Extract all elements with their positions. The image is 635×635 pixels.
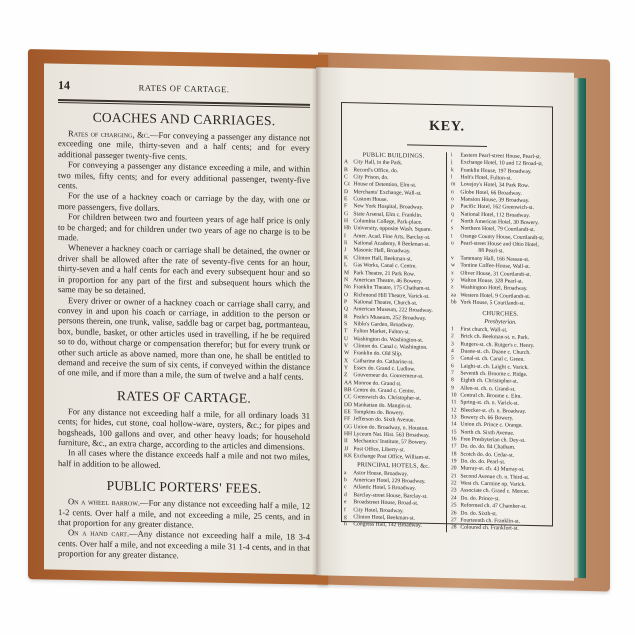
key-entry-text: Lovejoy's Hotel, 34 Park Row. bbox=[460, 182, 529, 189]
key-entry-text: Gas Works, Canal c. Centre. bbox=[353, 262, 416, 269]
key-entry-text: Free Presbyterian ch. Dey-st. bbox=[460, 437, 525, 444]
key-entry-text: Clinton Hotel, Beekman-st. bbox=[353, 514, 415, 521]
section-title: COACHES AND CARRIAGES. bbox=[58, 109, 310, 130]
key-entry-text: Amer. Acad. Fine Arts, Barclay-st. bbox=[353, 233, 430, 241]
book-gutter bbox=[312, 66, 322, 576]
key-entry-text: City Prison, do. bbox=[353, 174, 388, 181]
key-entry-text: House of Detention, Elm-st. bbox=[353, 182, 416, 189]
key-entry-text: 88 Pearl-st. bbox=[478, 248, 503, 255]
key-entry-text: State Arsenal, Elm c. Franklin. bbox=[353, 211, 422, 218]
paragraph-lead: On a hand cart. bbox=[68, 528, 129, 539]
key-entry-mark: bb bbox=[451, 299, 459, 307]
paragraph: Whenever a hackney coach or carriage sha… bbox=[58, 242, 310, 299]
public-buildings-list: A City Hall, in the Park.B Record's Offi… bbox=[344, 159, 443, 462]
key-entry-text: Fulton Market, Fulton-st. bbox=[353, 329, 410, 336]
key-entry-text: Essex do. Grand c. Ludlow. bbox=[353, 365, 415, 372]
key-entry-text: Congress Hall, 142 Broadway. bbox=[353, 521, 421, 528]
book-photo: 14 RATES OF CARTAGE. COACHES AND CARRIAG… bbox=[0, 0, 635, 635]
paragraph: Every driver or owner of a hackney coach… bbox=[58, 295, 310, 383]
key-entry-text: Richmond Hill Theatre, Varick-st. bbox=[353, 292, 429, 300]
key-rule bbox=[407, 144, 487, 147]
key-entry: h Congress Hall, 142 Broadway. bbox=[344, 521, 443, 530]
key-entry-text: Walton House, 328 Pearl-st. bbox=[460, 277, 523, 284]
paragraph: On a wheel barrow.—For any distance not … bbox=[58, 496, 310, 532]
key-entry-text: Atlantic Hotel, 5 Broadway. bbox=[353, 485, 416, 492]
key-entry-text: North American Hotel, 30 Bowery. bbox=[460, 219, 539, 227]
key-columns: PUBLIC BUILDINGS. A City Hall, in the Pa… bbox=[342, 150, 552, 534]
paragraph: For any distance not exceeding half a mi… bbox=[58, 406, 310, 452]
key-entry-text: National Theatre, Church-st. bbox=[353, 299, 417, 306]
churches-list: 1 First church, Wall-st.2 Brick ch. Beek… bbox=[451, 326, 550, 534]
key-entry-text: Peale's Museum, 252 Broadway. bbox=[353, 314, 426, 322]
key-entry-text: Canal-st. ch. Canal c. Green. bbox=[460, 356, 524, 363]
key-entry-text: Franklin Theatre, 175 Chatham-st. bbox=[353, 284, 430, 292]
key-entry-text: West ch. Carmine op. Varick. bbox=[460, 481, 525, 488]
key-entry-text: Clinton Hall, Beekman-st. bbox=[353, 255, 412, 262]
key-entry-text: Seventh ch. Broome c. Ridge. bbox=[460, 370, 527, 377]
key-entry-text: Masonic Hall, Broadway. bbox=[353, 248, 410, 255]
key-entry-text: New York Hospital, Broadway. bbox=[353, 204, 423, 211]
key-entry-text: Globe Hotel, 66 Broadway. bbox=[460, 189, 521, 196]
key-entry-text: Laight-st. ch. Laight c. Varick. bbox=[460, 363, 528, 370]
key-entry-text: City Hall, in the Park. bbox=[353, 160, 402, 167]
key-entry-text: Murray-st. ch. 43 Murray-st. bbox=[460, 466, 524, 473]
key-entry-text: University, opposite Wash. Square. bbox=[353, 226, 431, 234]
key-entry-text: Do. do. Sixth-st. bbox=[460, 510, 497, 517]
key-entry-text: Washington do. Washington-st. bbox=[353, 336, 423, 343]
key-entry-text: Orange County House, Courtlandt-st. bbox=[460, 233, 544, 241]
key-entry-text: Record's Office, do. bbox=[353, 167, 398, 174]
key-entry-text: Tammany Hall, 166 Nassau-st. bbox=[460, 255, 529, 262]
key-entry-text: Exchange Post Office, William-st. bbox=[354, 453, 430, 461]
key-entry-text: Franklin do. Old Slip. bbox=[353, 351, 402, 358]
key-entry-text: Brick ch. Beekman-st. n. Park. bbox=[460, 334, 529, 341]
key-entry-text: Lyceum Nat. Hist. 563 Broadway. bbox=[354, 431, 430, 439]
key-entry-text: Union ch. Prince c. Orange. bbox=[460, 422, 522, 429]
left-page-content: 14 RATES OF CARTAGE. COACHES AND CARRIAG… bbox=[58, 78, 310, 563]
key-entry-text: Pacific Hotel, 162 Greenwich-st. bbox=[460, 204, 533, 212]
key-entry-text: Union do. Broadway, n. Houston. bbox=[354, 424, 429, 432]
key-entry: bb York House, 5 Courtlandt-st. bbox=[451, 299, 550, 308]
key-entry-mark: KK bbox=[344, 453, 352, 461]
key-entry-text: Broadstreet House, Broad-st. bbox=[353, 499, 418, 506]
key-entry-text: Clinton do. Canal c. Washington. bbox=[353, 343, 427, 351]
key-entry-text: Catharine do. Catharine-st. bbox=[353, 358, 413, 365]
header-rule bbox=[58, 99, 310, 108]
key-entry-text: Astor House, Broadway. bbox=[353, 470, 408, 477]
key-entry-text: Tontine Coffee-House, Wall-st. bbox=[460, 263, 530, 270]
key-entry-text: Reformed ch. 47 Chamber-st. bbox=[460, 503, 526, 510]
key-entry-text: York House, 5 Courtlandt-st. bbox=[460, 299, 525, 306]
hotels-list: a Astor House, Broadway.b American Hotel… bbox=[344, 470, 443, 531]
key-entry-text: Associate ch. Grand c. Mercer. bbox=[460, 488, 529, 495]
key-entry-text: Duane-st. ch. Duane c. Church. bbox=[460, 348, 530, 355]
key-entry-text: National Academy, 8 Beekman-st. bbox=[353, 240, 430, 248]
key-entry-text: Tompkins do. Bowery. bbox=[353, 409, 404, 416]
key-entry-text: American Theatre, 46 Bowery. bbox=[353, 277, 422, 284]
key-entry-text: Oliver House, 31 Courtlandt-st. bbox=[460, 270, 531, 277]
key-entry-text: Rutgers-st. ch. Rutger's c. Henry. bbox=[460, 341, 534, 349]
key-entry-text: Park Theatre, 21 Park Row. bbox=[353, 270, 415, 277]
page-number: 14 bbox=[58, 78, 88, 94]
key-entry-mark: u bbox=[451, 240, 459, 248]
key-entry-text: Exchange Hotel, 10 and 12 Broad-st. bbox=[460, 160, 543, 168]
key-entry-text: Do. do. Prince-st. bbox=[460, 495, 499, 502]
key-entry-text: Barclay-street House, Barclay-st. bbox=[353, 492, 427, 500]
key-entry-text: City Hotel, Broadway. bbox=[353, 507, 403, 514]
key-entry-text: Merchants' Exchange, Wall-st. bbox=[353, 189, 421, 196]
key-title: KEY. bbox=[342, 117, 552, 137]
key-entry-mark: h bbox=[344, 521, 352, 529]
key-entry-text: Second Avenue ch. n. Third-st. bbox=[460, 473, 529, 480]
hotels-continued-list: i Eastern Pearl-street House, Pearl-st.j… bbox=[451, 152, 550, 308]
key-entry-text: Gouverneur do. Gouverneur-st. bbox=[353, 373, 423, 380]
key-entry-text: Holt's Hotel, Fulton-st. bbox=[460, 175, 511, 182]
key-column-right: i Eastern Pearl-street House, Pearl-st.j… bbox=[446, 152, 550, 534]
key-entry-mark: 28 bbox=[451, 524, 459, 532]
key-entry-text: Spring-st. ch. n. Varick-st. bbox=[460, 400, 518, 407]
key-entry-text: American Hotel, 229 Broadway. bbox=[353, 477, 426, 485]
key-entry-text: Scotch do. do. Cedar-st. bbox=[460, 451, 514, 458]
section-title: PUBLIC PORTERS' FEES. bbox=[58, 477, 310, 498]
key-entry-text: Mechanics' Institute, 57 Bowery. bbox=[353, 439, 427, 447]
key-entry-text: Washington Hotel, Broadway. bbox=[460, 285, 527, 292]
paragraph: In all cases where the distance exceeds … bbox=[58, 447, 310, 473]
key-entry-text: Central ch. Broome c. Elm. bbox=[460, 393, 521, 400]
paragraph: On a hand cart.—Any distance not exceedi… bbox=[58, 527, 310, 563]
key-frame: KEY. PUBLIC BUILDINGS. A City Hall, in t… bbox=[341, 102, 553, 526]
key-entry-text: First church, Wall-st. bbox=[460, 326, 507, 333]
key-column-left: PUBLIC BUILDINGS. A City Hall, in the Pa… bbox=[344, 150, 446, 532]
paragraph: For children between two and fourteen ye… bbox=[58, 211, 310, 247]
key-entry-text: Jefferson do. Sixth Avenue. bbox=[353, 417, 414, 424]
key-entry-text: Post Office, Liberty-st. bbox=[353, 446, 404, 453]
key-entry-text: Western Hotel, 9 Courtlandt-st. bbox=[460, 292, 530, 299]
key-entry-text: Centre do. Grand c. Centre. bbox=[353, 387, 415, 394]
key-entry-text: Do. do. do. Pearl-st. bbox=[460, 459, 505, 466]
key-entry-text: Monroe do. Grand st. bbox=[354, 380, 402, 387]
key-entry-text: North ch. Sixth Avenue. bbox=[460, 429, 514, 436]
key-entry-text: Allen-st. ch. n. Grand-st. bbox=[460, 385, 515, 392]
key-entry-text: Do. do. do. 84 Chatham. bbox=[460, 444, 515, 451]
key-entry-text: Coloured ch. Frankfort-st. bbox=[460, 525, 518, 532]
key-entry-text: Manhattan do. Mangin-st. bbox=[354, 402, 412, 409]
paragraph: Rates of charging, &c.—For conveying a p… bbox=[58, 128, 310, 164]
key-entry-text: Custom House. bbox=[353, 196, 388, 203]
key-entry-text: National Hotel, 112 Broadway. bbox=[460, 211, 530, 218]
paragraph: For conveying a passenger any distance e… bbox=[58, 159, 310, 195]
key-entry-text: Columbia College, Park-place. bbox=[353, 218, 422, 225]
key-entry-text: Bowery ch. 66 Bowery. bbox=[460, 415, 513, 422]
key-entry-text: Eighth ch. Christopher-st. bbox=[460, 378, 518, 385]
key-entry-text: Franklin House, 197 Broadway. bbox=[460, 167, 531, 174]
section-title: RATES OF CARTAGE. bbox=[58, 387, 310, 408]
key-entry-text: Bleecker-st. ch. n. Broadway. bbox=[460, 407, 526, 414]
key-entry-text: Eastern Pearl-street House, Pearl-st. bbox=[460, 153, 541, 161]
running-title: RATES OF CARTAGE. bbox=[88, 82, 280, 96]
key-entry-text: Niblo's Garden, Broadway. bbox=[353, 321, 414, 328]
key-entry-text: American Museum, 222 Broadway. bbox=[353, 306, 433, 314]
key-entry-text: Greenwich do. Christopher-st. bbox=[353, 395, 421, 402]
key-entry-text: Mansion House, 39 Broadway. bbox=[460, 197, 529, 204]
key-entry-text: Northern Hotel, 79 Courtlandt-st. bbox=[460, 226, 535, 234]
key-entry-text: Fourteenth ch. Franklin-st. bbox=[460, 517, 520, 524]
key-entry-text: Pearl-street House and Ohio Hotel, bbox=[460, 241, 538, 249]
